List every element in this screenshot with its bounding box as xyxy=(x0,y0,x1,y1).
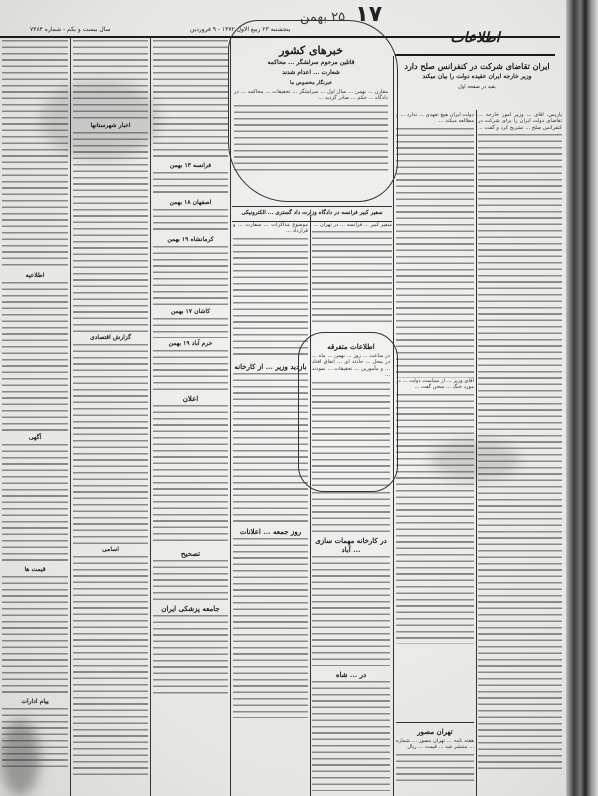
column-divider xyxy=(476,110,477,796)
text-lines xyxy=(233,538,308,718)
text-lines xyxy=(233,238,308,358)
text-lines xyxy=(73,132,148,332)
text-lines xyxy=(478,134,562,774)
lead-story-col-1: پاریس، آقای ... وزیر امور خارجه ... تقاض… xyxy=(478,112,562,792)
text-lines xyxy=(2,40,68,270)
folio-left: سال بیست و یکم - شماره ۷۴۸۴ xyxy=(30,26,111,33)
text-lines xyxy=(396,128,474,378)
text-lines xyxy=(153,560,228,600)
center-story-col-2: موضوع مذاکرات ... سفارت ... و قرارداد ..… xyxy=(233,222,308,782)
column-divider xyxy=(70,38,71,796)
masthead-rule xyxy=(395,54,555,56)
mid-column: در کارخانه مهمات سازی ... آباد در ... شا… xyxy=(312,492,390,792)
column-divider xyxy=(310,215,311,796)
boxed-story: اطلاعات متفرقه در ساعت ... روز ... بهمن … xyxy=(312,338,390,488)
national-news-headline: خبرهای کشور xyxy=(234,44,388,57)
text-lines xyxy=(2,282,68,432)
text-lines xyxy=(2,444,68,564)
text-lines xyxy=(153,615,228,695)
text-lines xyxy=(312,556,390,666)
text-lines xyxy=(312,382,390,488)
lead-subheadline: وزیر خارجه ایران عقیده دولت را بیان میکن… xyxy=(396,73,558,81)
far-left-column: اطلاعیه آگهی قیمت ها پیام ادارات xyxy=(2,40,68,792)
text-lines xyxy=(153,246,228,306)
text-lines xyxy=(2,708,68,768)
text-lines xyxy=(73,40,148,120)
text-lines xyxy=(312,492,390,532)
text-lines xyxy=(153,405,228,545)
center-story-header: سفیر کبیر فرانسه در دادگاه وزارت داد گست… xyxy=(232,206,392,222)
box-title: تهران مصور xyxy=(396,727,474,736)
city-dispatches-column: فرانسه ۱۳ بهمن اصفهان ۱۸ بهمن کرمانشاه ۱… xyxy=(153,40,228,792)
text-lines xyxy=(153,209,228,234)
text-lines xyxy=(153,172,228,197)
text-lines xyxy=(73,556,148,776)
text-lines xyxy=(312,231,392,326)
national-news-sub-2: شعارت ... اعدام شدند xyxy=(234,69,388,77)
lead-story-col-2: دولت ایران هیچ تعهدی ... ندارد ... و مطا… xyxy=(396,112,474,672)
lead-headline: ایران تقاضای شرکت در کنفرانس صلح دارد xyxy=(396,62,558,71)
page-binding-edge xyxy=(566,0,598,796)
text-lines xyxy=(153,318,228,338)
tehran-mosavvar-box: تهران مصور هفته نامه ... تهران مصور ... … xyxy=(396,722,474,793)
text-lines xyxy=(312,681,390,791)
text-lines xyxy=(234,105,388,175)
left-column: اخبار شهرستانها گزارش اقتصادی اسامی xyxy=(73,40,148,792)
text-lines xyxy=(396,754,474,784)
byline: خبرنگار مخصوص ما xyxy=(234,79,388,87)
national-news-sub-1: قاتلین مرحوم سرلشگر ... محاکمه xyxy=(234,59,388,67)
text-lines xyxy=(2,576,68,696)
lead-kicker: بقیه در صفحه اول xyxy=(396,83,558,91)
masthead: اطلاعات xyxy=(440,30,510,46)
lead-story-header: ایران تقاضای شرکت در کنفرانس صلح دارد وز… xyxy=(396,58,558,118)
newspaper-page: ۱۷ ۲۵ بهمن سال بیست و یکم - شماره ۷۴۸۴ پ… xyxy=(0,0,598,796)
text-lines xyxy=(153,350,228,390)
text-lines xyxy=(153,40,228,160)
text-lines xyxy=(73,344,148,544)
center-story-col-1: سفیر کبیر ... فرانسه ... در تهران ... xyxy=(312,222,392,332)
boxed-story-headline: اطلاعات متفرقه xyxy=(312,342,390,351)
text-lines xyxy=(396,394,474,644)
national-news-box: خبرهای کشور قاتلین مرحوم سرلشگر ... محاک… xyxy=(234,40,388,210)
text-lines xyxy=(233,373,308,523)
column-divider xyxy=(150,38,151,796)
